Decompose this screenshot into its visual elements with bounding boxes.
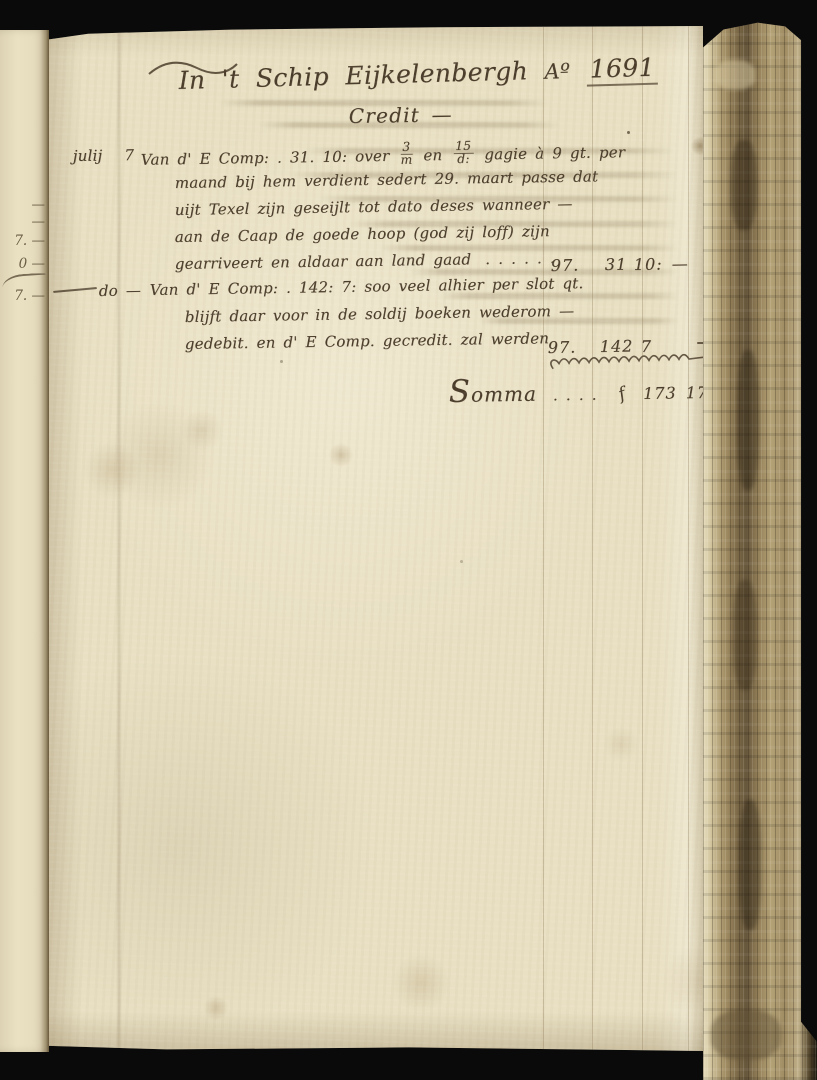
book-fore-edge [703, 20, 817, 1080]
amount-guilders: 31 [605, 255, 628, 274]
entry-line: Van d' E Comp: . 31. 10: over 3 m en 15 … [141, 139, 626, 169]
anno-abbrev: Aº [544, 59, 571, 84]
total-label: Somma [448, 373, 537, 410]
facing-page-amount: 0 — [1, 256, 45, 272]
amount-stuivers: 10: — [634, 254, 689, 274]
facing-page-amount: 7. — [1, 233, 45, 249]
pen-flourish [2, 272, 47, 289]
facing-page-edge: — — 7. — 0 — 7. — [0, 30, 49, 1052]
lead-in-stroke [53, 287, 97, 293]
entry-text: gagie à 9 gt. per [484, 143, 625, 163]
duration-days: 15 d: [453, 142, 473, 165]
column-rule [688, 26, 689, 1052]
entry-line: Van d' E Comp: . 142: 7: soo veel alhier… [150, 274, 584, 299]
year: 1691 [586, 53, 658, 87]
column-rule [642, 26, 643, 1052]
entry-line: gedebit. en d' E Comp. gecredit. zal wer… [185, 329, 549, 353]
facing-page-amount: — [1, 197, 45, 213]
entry-text: Van d' E Comp: . 31. 10: over [141, 147, 390, 169]
page-title: In 't Schip Eijkelenbergh Aº 1691 [178, 53, 658, 95]
entry-line: gearriveert en aldaar aan land gaad . . … [175, 249, 555, 273]
currency-mark: f [616, 384, 629, 405]
leader-dots: . . . . [553, 386, 597, 405]
page-crease [116, 26, 122, 1052]
ship-name: Eijkelenbergh [345, 56, 529, 90]
facing-page-amount: 7. — [1, 288, 45, 304]
entry-date: julij 7 [73, 146, 135, 165]
entry-line: uijt Texel zijn geseijlt tot dato deses … [175, 195, 573, 219]
entry-line: blijft daar voor in de soldij boeken wed… [185, 302, 575, 326]
entry-line: aan de Caap de goede hoop (god zij loff)… [175, 222, 550, 246]
manuscript-scan: — — 7. — 0 — 7. — In 't Schip Eijkel [0, 0, 817, 1080]
section-heading: Credit — [349, 102, 453, 128]
leader-dots: . . . . . . [485, 249, 555, 268]
entry-text: gearriveert en aldaar aan land gaad [175, 250, 472, 273]
title-prefix: In 't Schip [178, 62, 329, 95]
facing-page-amount: — [1, 214, 45, 230]
entry-day: 7 [124, 146, 134, 164]
entry-text: en [423, 146, 442, 164]
entry-line: maand bij hem verdient sedert 29. maart … [175, 167, 599, 192]
entry-month: julij [73, 147, 103, 165]
entry-date: do — [99, 281, 141, 300]
ledger-page: In 't Schip Eijkelenbergh Aº 1691 Credit… [49, 26, 703, 1052]
duration-months: 3 m [400, 143, 412, 166]
total-row: Somma . . . . f 173 17. — [448, 369, 740, 410]
folio-reference: 97. [551, 256, 580, 275]
